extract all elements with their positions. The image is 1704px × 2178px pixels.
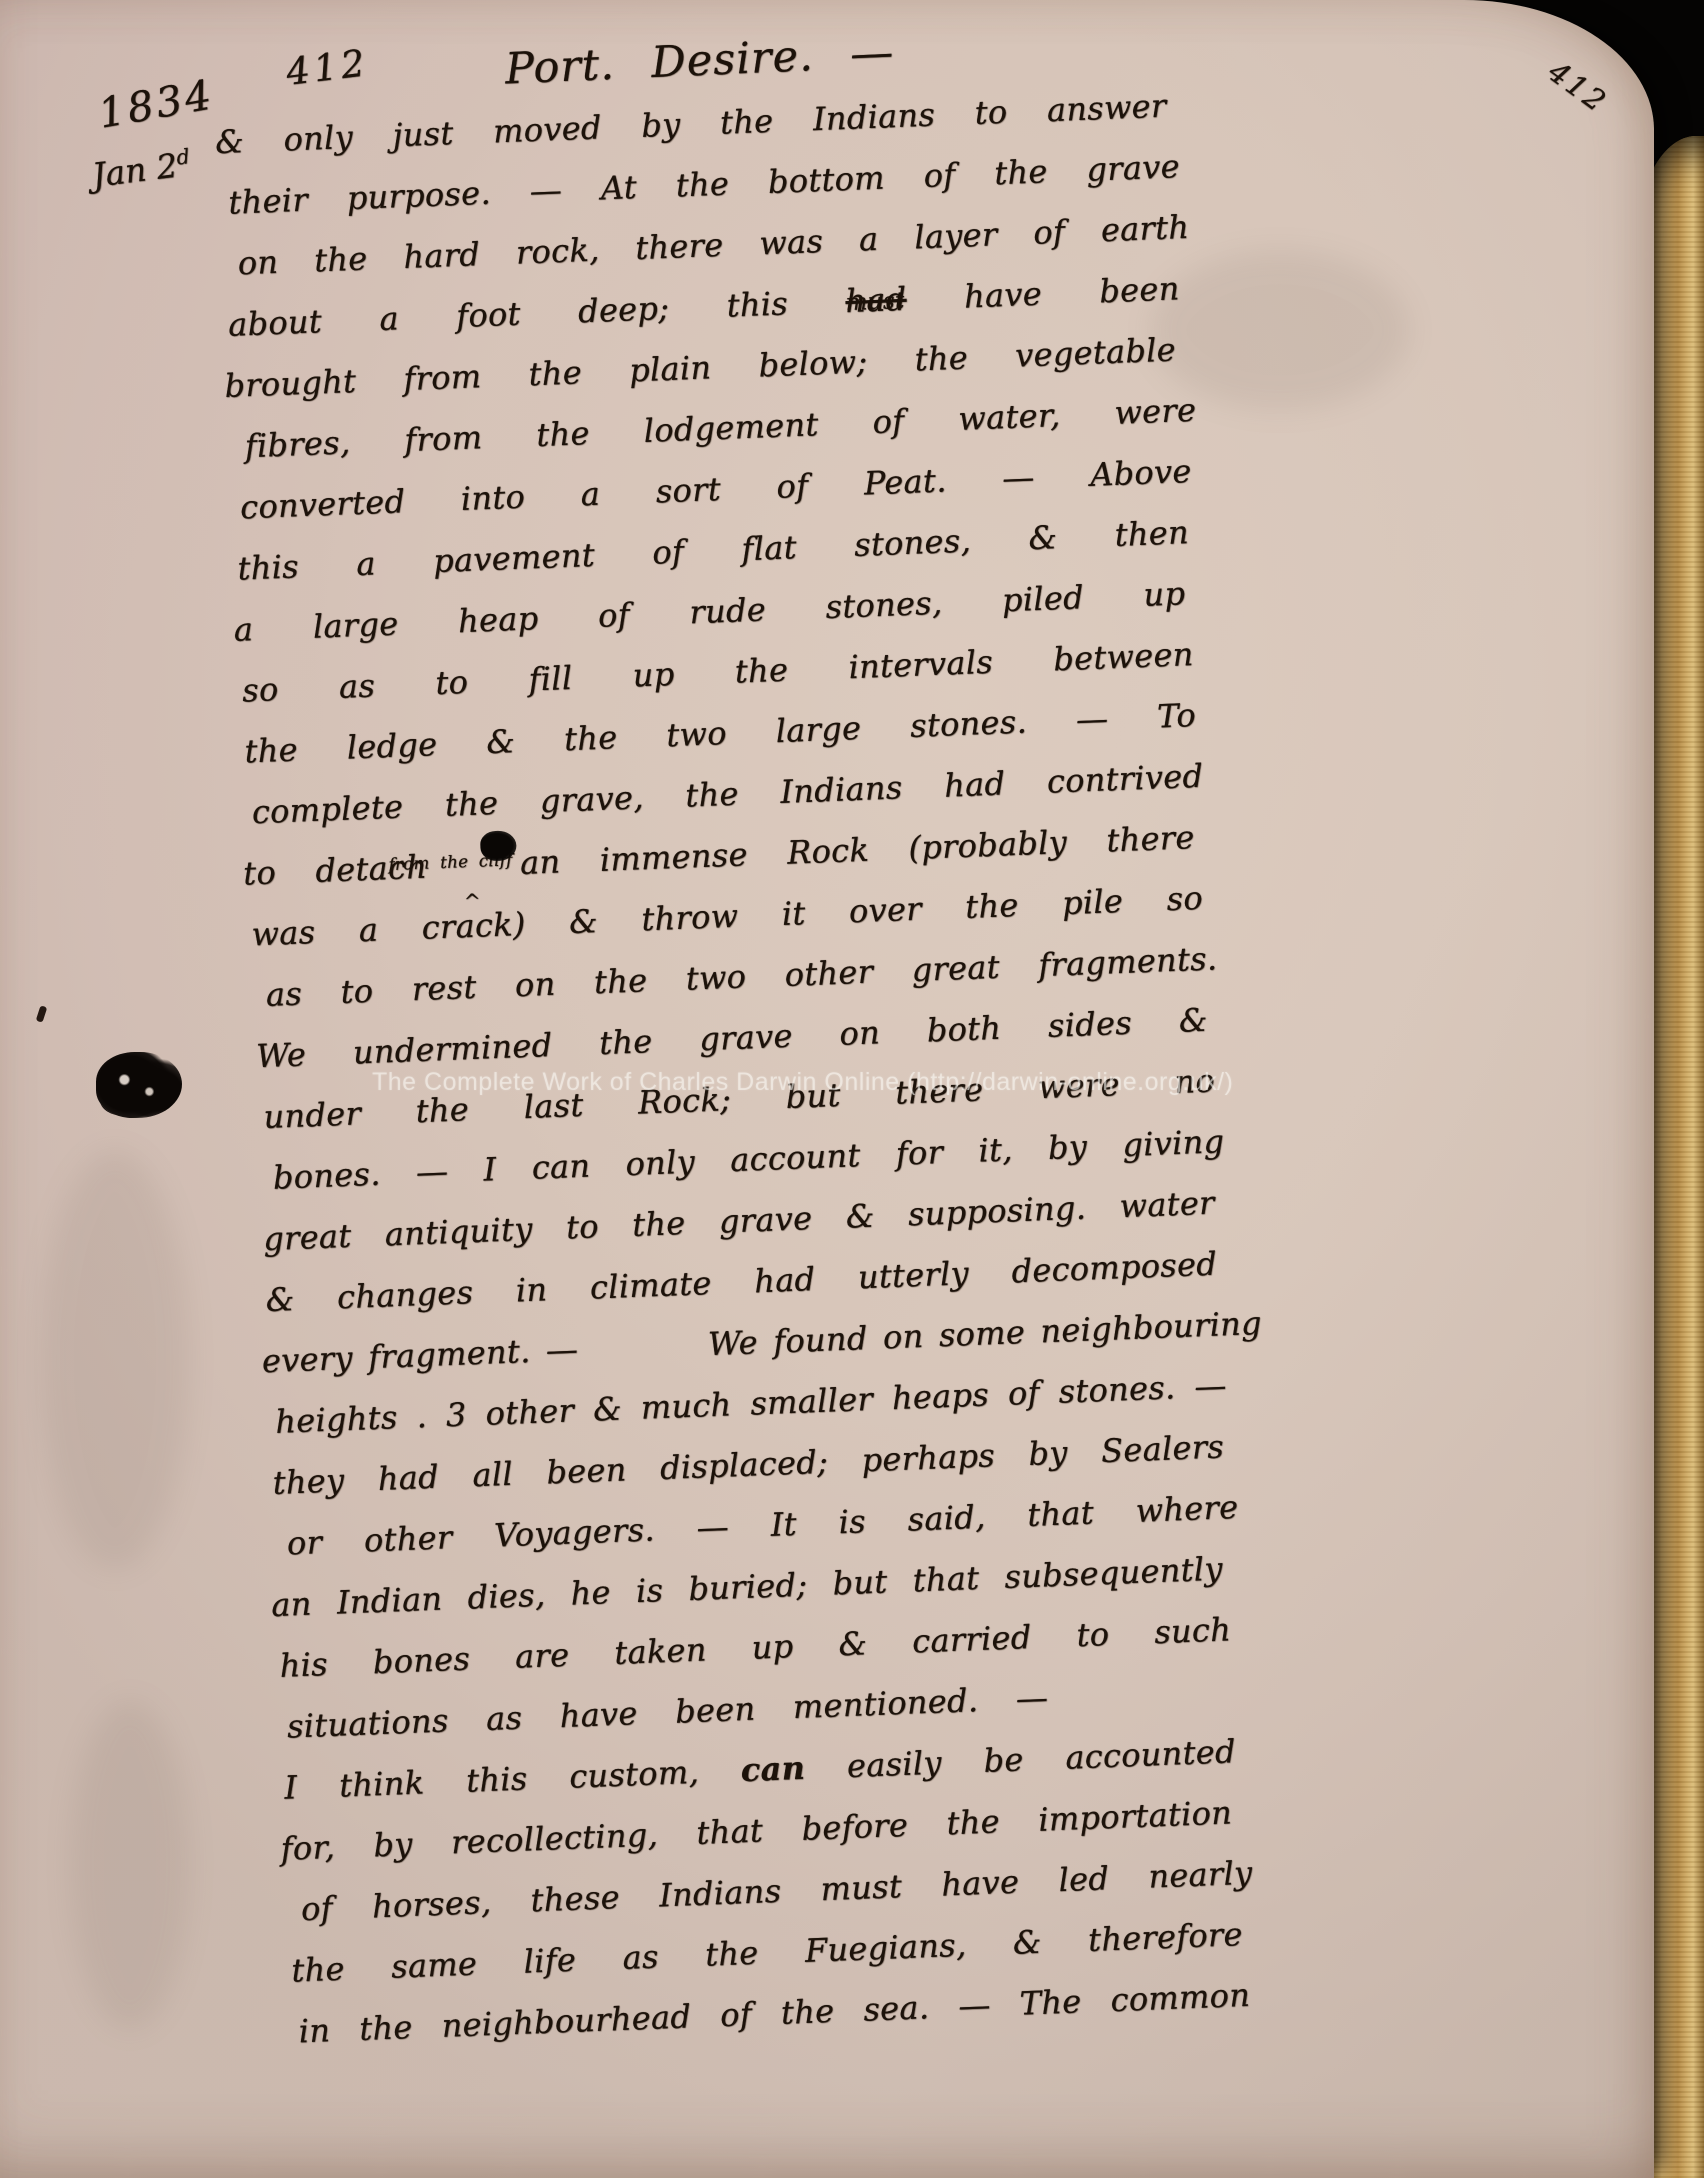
margin-date-text: Jan 2 xyxy=(90,146,180,195)
margin-date-suffix: d xyxy=(175,144,191,169)
line-text: We found on some neighbouring xyxy=(707,1304,1262,1363)
bleed-through-mark xyxy=(70,1700,190,2030)
line-text: have been xyxy=(963,269,1180,315)
correction: musthad xyxy=(844,269,907,332)
line-text: about a foot deep; this xyxy=(227,284,788,343)
page-number-corner: 412 xyxy=(1542,54,1614,119)
caret-mark: ^ xyxy=(464,892,482,912)
line-text: every fragment. — xyxy=(261,1330,579,1380)
watermark-text: The Complete Work of Charles Darwin Onli… xyxy=(372,1068,1233,1097)
inserted-word: must xyxy=(845,290,905,315)
page-number-top: 412 xyxy=(284,41,371,94)
line-text: I think this custom, xyxy=(284,1753,700,1807)
photo-of-diary-page: 412 Port. Desire. — 412 1834 Jan 2d & on… xyxy=(0,0,1704,2178)
line-gap xyxy=(579,1355,709,1360)
ink-blot xyxy=(96,1052,182,1118)
interlinear-insertion: from the cliff^ xyxy=(467,876,481,877)
line-text: easily be accounted xyxy=(846,1732,1236,1785)
margin-date: Jan 2d xyxy=(90,144,193,195)
margin-year: 1834 xyxy=(95,70,218,137)
overwritten-word: can xyxy=(740,1749,806,1789)
ink-smudge xyxy=(479,830,516,861)
bleed-through-mark xyxy=(40,1150,190,1570)
small-ink-mark xyxy=(36,1005,48,1022)
page-title: Port. Desire. — xyxy=(504,28,895,95)
